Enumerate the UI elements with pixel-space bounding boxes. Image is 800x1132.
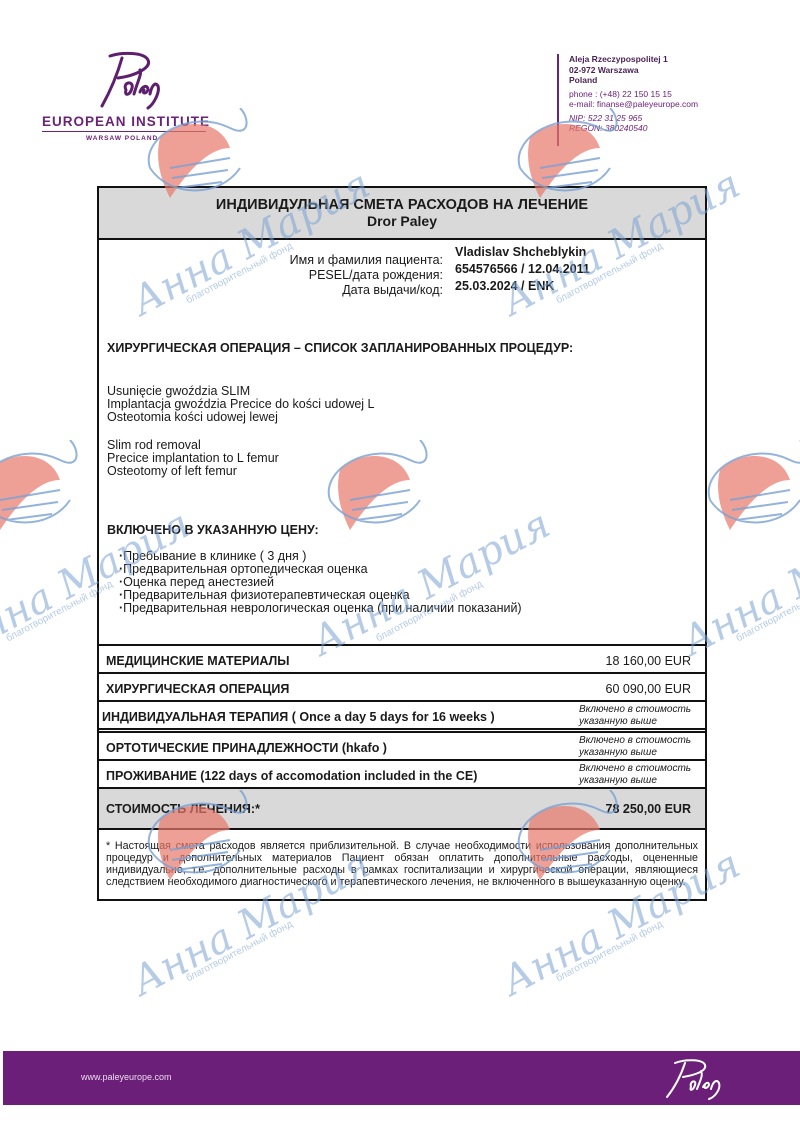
total-amount: 78 250,00 EUR	[606, 802, 691, 816]
logo-divider	[42, 131, 206, 132]
logo-subtitle: WARSAW POLAND	[86, 135, 158, 142]
website-link[interactable]: www.paleyeurope.com	[81, 1072, 172, 1082]
included-heading: ВКЛЮЧЕНО В УКАЗАННУЮ ЦЕНУ:	[107, 523, 319, 537]
contact-country: Poland	[569, 75, 698, 86]
procedures-english-list: Slim rod removal Precice implantation to…	[107, 439, 279, 478]
cost-row-surgery: ХИРУРГИЧЕСКАЯ ОПЕРАЦИЯ 60 090,00 EUR	[99, 674, 705, 702]
watermark-caption: благотворительный фонд	[184, 919, 294, 985]
cost-row-therapy: ИНДИВИДУАЛЬНАЯ ТЕРАПИЯ ( Once a day 5 da…	[99, 702, 705, 730]
total-label: СТОИМОСТЬ ЛЕЧЕНИЯ:*	[106, 802, 260, 816]
pesel-label: PESEL/дата рождения:	[309, 268, 443, 284]
footer-bar: www.paleyeurope.com	[3, 1051, 800, 1105]
procedure-item: Osteotomy of left femur	[107, 465, 279, 478]
doctor-name: Dror Paley	[99, 213, 705, 229]
contact-nip: NIP: 522 31 25 965	[569, 113, 698, 124]
logo-title: EUROPEAN INSTITUTE	[42, 114, 210, 129]
cost-name: МЕДИЦИНСКИЕ МАТЕРИАЛЫ	[106, 654, 290, 668]
contact-city: 02-972 Warszawa	[569, 65, 698, 76]
contact-phone: phone : (+48) 22 150 15 15	[569, 89, 698, 100]
paley-signature-icon	[82, 50, 172, 112]
cost-amount: 18 160,00 EUR	[606, 654, 691, 668]
patient-name-value: Vladislav Shcheblykin	[455, 245, 586, 261]
watermark-caption: благотворительный фонд	[554, 919, 664, 985]
watermark-caption: благотворительный фонд	[734, 579, 800, 645]
cost-included-note: Включено в стоимостьуказанную выше	[579, 735, 691, 759]
patient-name-label: Имя и фамилия пациента:	[290, 253, 443, 269]
contact-block: Aleja Rzeczypospolitej 1 02-972 Warszawa…	[557, 54, 698, 146]
cost-row-medical-materials: МЕДИЦИНСКИЕ МАТЕРИАЛЫ 18 160,00 EUR	[99, 646, 705, 674]
footnote: * Настоящая смета расходов является приб…	[99, 830, 705, 899]
charity-logo-watermark-icon	[0, 440, 90, 550]
cost-row-accommodation: ПРОЖИВАНИЕ (122 days of accomodation inc…	[99, 761, 705, 789]
included-item: Предварительная неврологическая оценка (…	[119, 602, 522, 615]
total-cost-row: СТОИМОСТЬ ЛЕЧЕНИЯ:* 78 250,00 EUR	[99, 789, 705, 830]
procedures-polish-list: Usunięcie gwoździa SLIM Implantacja gwoź…	[107, 385, 375, 424]
document-title: ИНДИВИДУЛЬНАЯ СМЕТА РАСХОДОВ НА ЛЕЧЕНИЕ	[99, 197, 705, 213]
procedures-heading: ХИРУРГИЧЕСКАЯ ОПЕРАЦИЯ – СПИСОК ЗАПЛАНИР…	[107, 341, 573, 355]
cost-included-note: Включено в стоимостьуказанную выше	[579, 704, 691, 728]
included-list: Пребывание в клинике ( 3 дня ) Предварит…	[119, 550, 522, 615]
cost-estimate-table: ИНДИВИДУЛЬНАЯ СМЕТА РАСХОДОВ НА ЛЕЧЕНИЕ …	[97, 186, 707, 901]
contact-street: Aleja Rzeczypospolitej 1	[569, 54, 698, 65]
title-row: ИНДИВИДУЛЬНАЯ СМЕТА РАСХОДОВ НА ЛЕЧЕНИЕ …	[99, 188, 705, 240]
cost-name: ХИРУРГИЧЕСКАЯ ОПЕРАЦИЯ	[106, 682, 289, 696]
cost-amount: 60 090,00 EUR	[606, 682, 691, 696]
estimate-details: Имя и фамилия пациента: Vladislav Shcheb…	[99, 240, 705, 646]
procedure-item: Osteotomia kości udowej lewej	[107, 411, 375, 424]
cost-name: ИНДИВИДУАЛЬНАЯ ТЕРАПИЯ ( Once a day 5 da…	[102, 710, 495, 724]
issue-date-label: Дата выдачи/код:	[342, 283, 443, 299]
pesel-value: 654576566 / 12.04.2011	[455, 262, 590, 278]
contact-email[interactable]: e-mail: finanse@paleyeurope.com	[569, 99, 698, 110]
cost-name: ПРОЖИВАНИЕ (122 days of accomodation inc…	[106, 769, 477, 783]
cost-row-orthotics: ОРТОТИЧЕСКИЕ ПРИНАДЛЕЖНОСТИ (hkafo ) Вкл…	[99, 733, 705, 761]
contact-regon: REGON: 380240540	[569, 123, 698, 134]
cost-name: ОРТОТИЧЕСКИЕ ПРИНАДЛЕЖНОСТИ (hkafo )	[106, 741, 387, 755]
paley-signature-icon	[653, 1057, 731, 1101]
issue-date-value: 25.03.2024 / ENK	[455, 279, 554, 295]
cost-included-note: Включено в стоимостьуказанную выше	[579, 763, 691, 787]
